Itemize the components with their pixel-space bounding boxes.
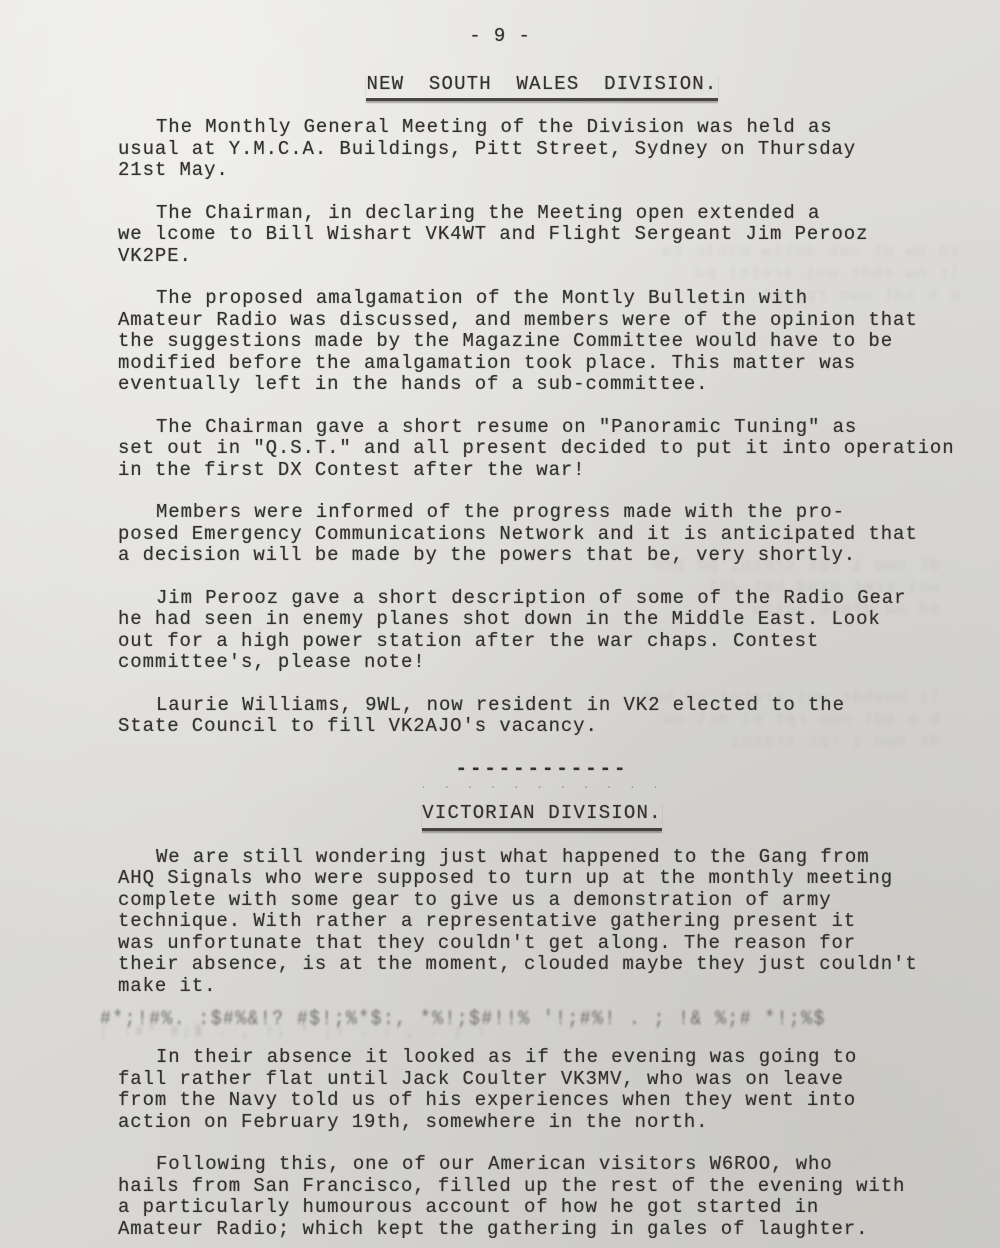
- section-title-nsw: NEW SOUTH WALES DIVISION.: [366, 74, 717, 102]
- page-number: - 9 -: [0, 0, 1000, 48]
- paragraph: The Monthly General Meeting of the Divis…: [118, 117, 966, 182]
- paragraph: The Chairman gave a short resume on "Pan…: [118, 417, 966, 482]
- section-nsw-title-row: NEW SOUTH WALES DIVISION.: [118, 74, 966, 102]
- paragraph: Jim Perooz gave a short description of s…: [118, 588, 966, 674]
- overstruck-illegible-line: #*;!#%. :$#%&!? #$!;%*$:, *%!;$#!!% '!;#…: [100, 1008, 966, 1044]
- paragraph: The Chairman, in declaring the Meeting o…: [118, 203, 966, 268]
- paragraph: Laurie Williams, 9WL, now resident in VK…: [118, 695, 966, 738]
- paragraph: Members were informed of the progress ma…: [118, 502, 966, 567]
- paragraph: In their absence it looked as if the eve…: [118, 1047, 966, 1133]
- section-vic-title-row: VICTORIAN DIVISION.: [118, 803, 966, 831]
- divider-dots: . . . . . . . . . . .: [118, 780, 966, 793]
- paragraph: We are still wondering just what happene…: [118, 847, 966, 998]
- section-title-vic: VICTORIAN DIVISION.: [422, 803, 661, 831]
- overstrike-row-faint: ; :#* #;$ . , !; * ;! . : , . ; :: [100, 1019, 966, 1044]
- section-divider: ------------: [118, 759, 966, 781]
- divider-dashes: ------------: [456, 758, 629, 780]
- paragraph: Following this, one of our American visi…: [118, 1154, 966, 1240]
- paragraph: The proposed amalgamation of the Montly …: [118, 288, 966, 396]
- page-content: NEW SOUTH WALES DIVISION. The Monthly Ge…: [0, 74, 1000, 1241]
- scanned-document-page: - 9 - NEW SOUTH WALES DIVISION. The Mont…: [0, 0, 1000, 1248]
